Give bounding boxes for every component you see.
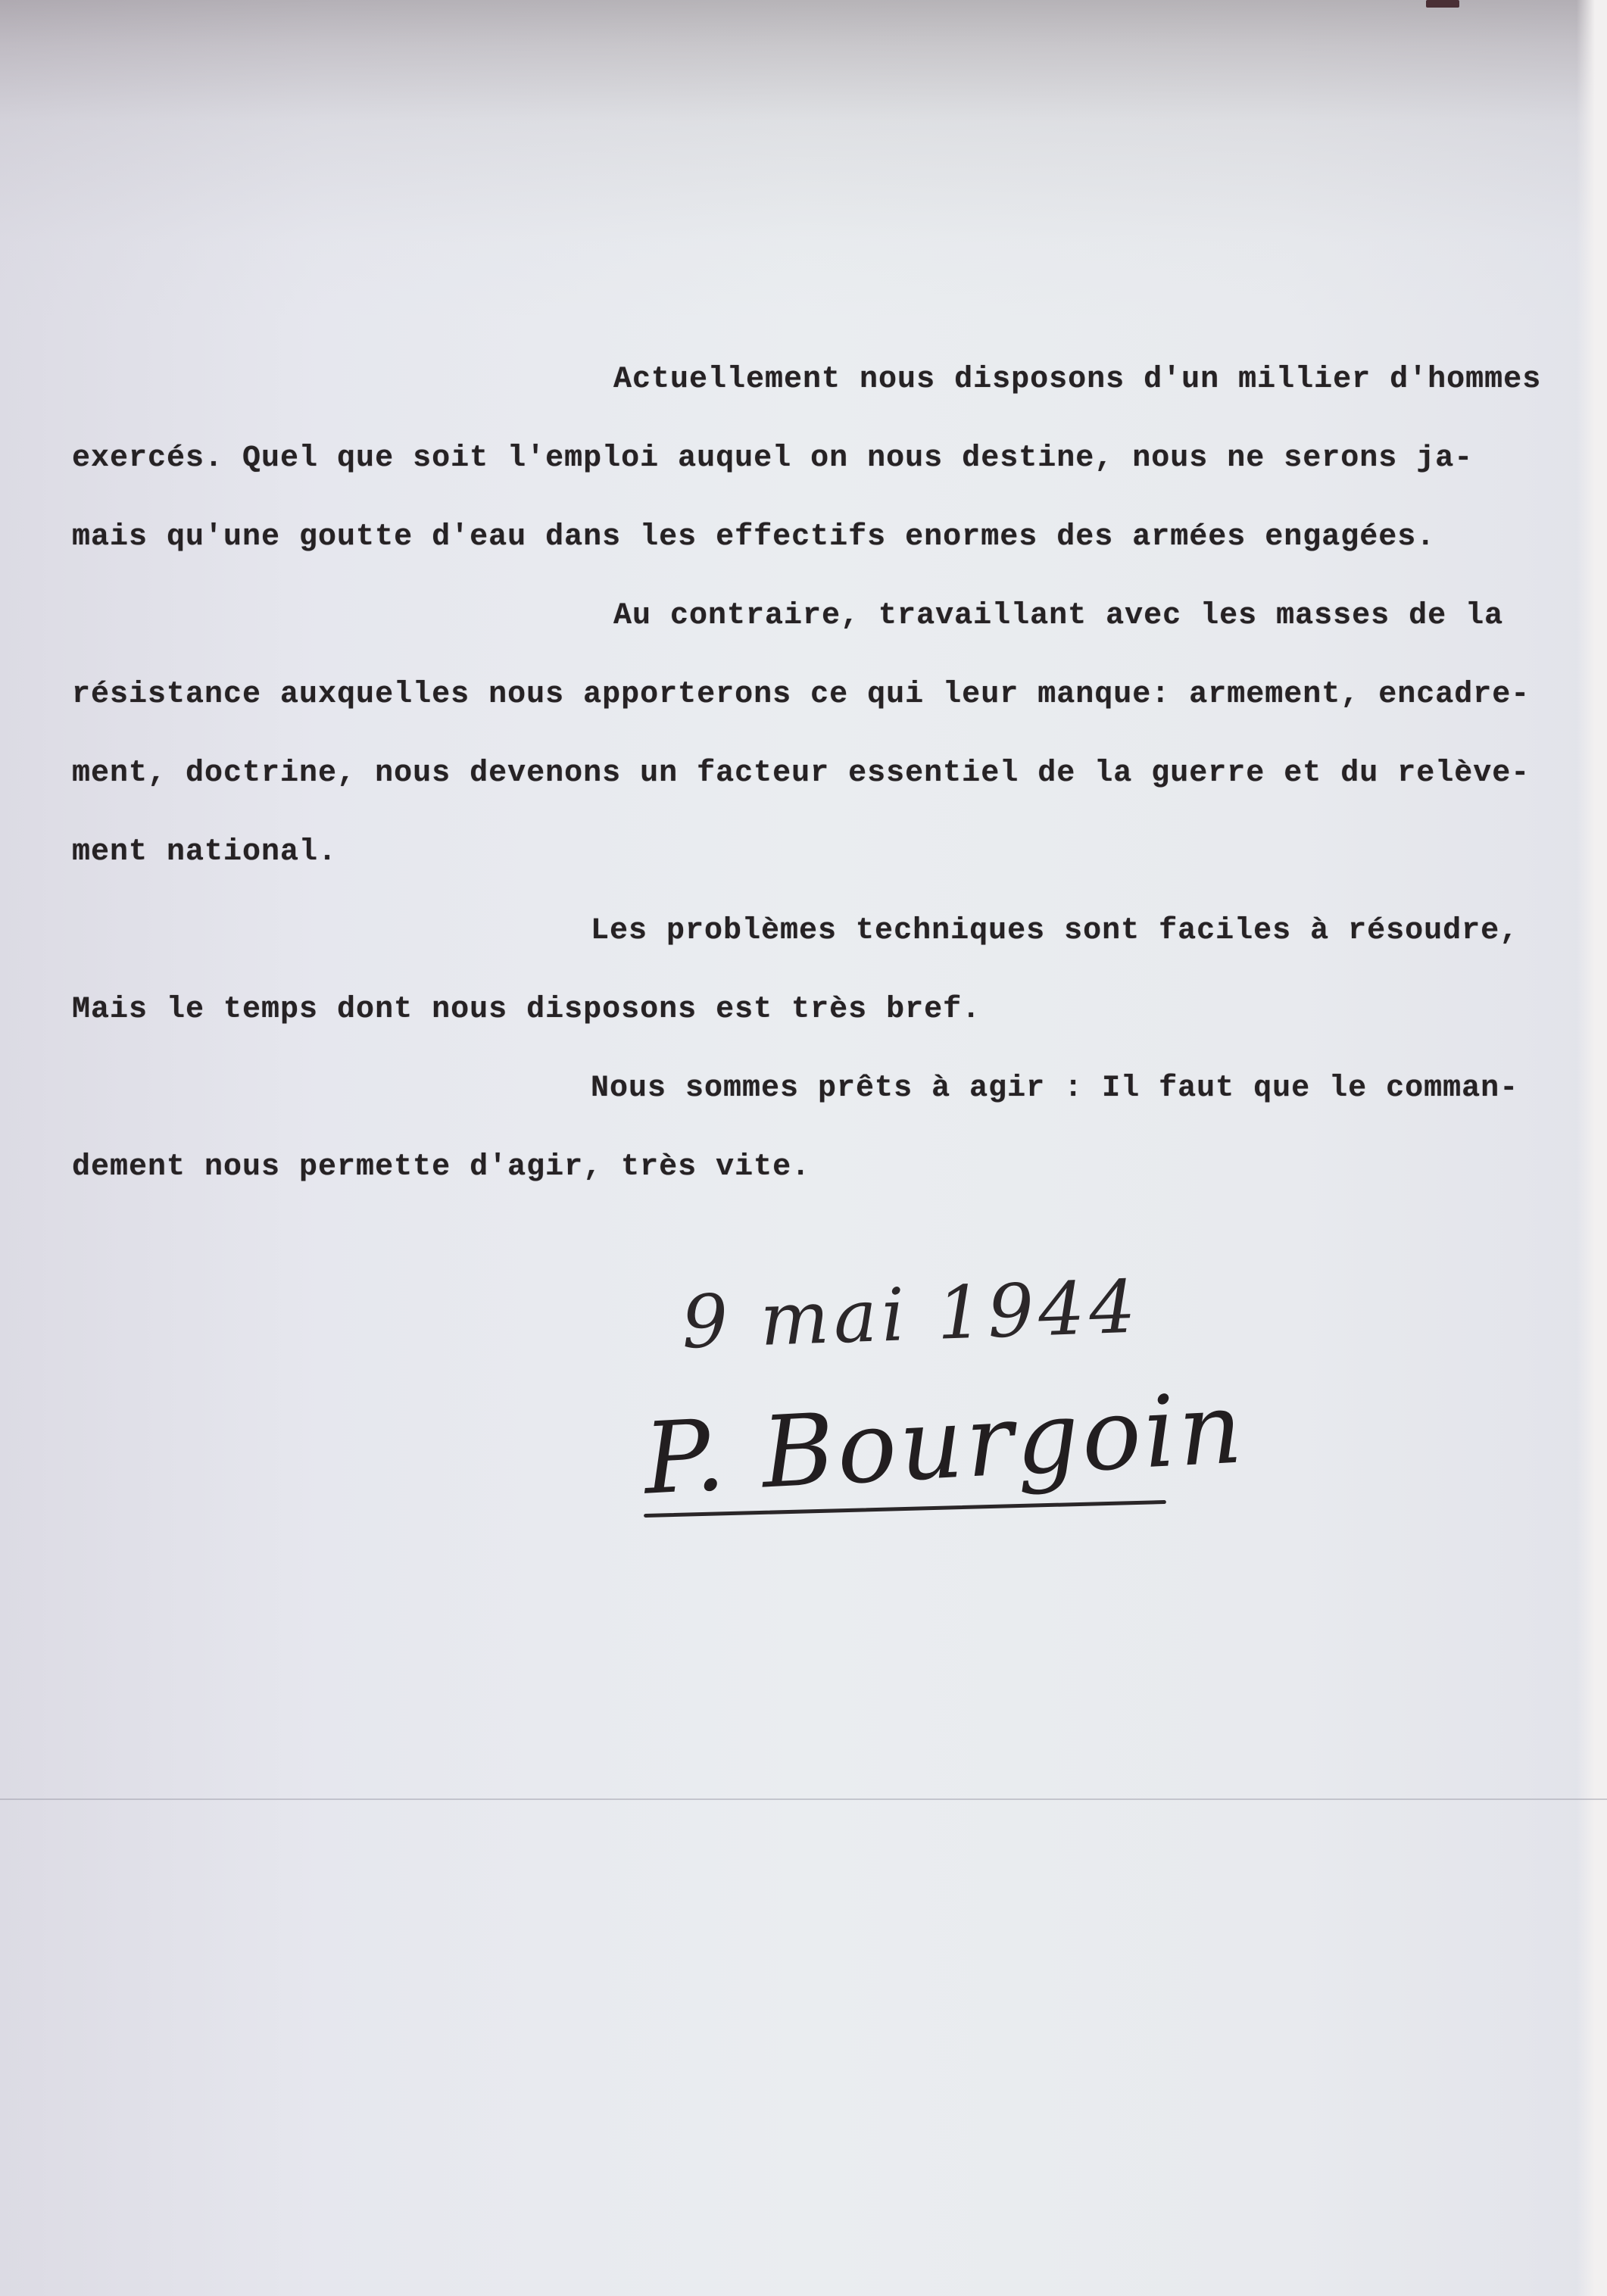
paragraph-1-line-3: mais qu'une goutte d'eau dans les effect…: [72, 498, 1587, 577]
signature: P. Bourgoin: [641, 1370, 1248, 1516]
paragraph-4-line-1: Nous sommes prêts à agir : Il faut que l…: [72, 1050, 1587, 1128]
paragraph-3-line-2: Mais le temps dont nous disposons est tr…: [72, 971, 1587, 1050]
page-number-mark: [1426, 0, 1459, 8]
paper-fold-line: [0, 1798, 1607, 1800]
paragraph-2-line-3: ment, doctrine, nous devenons un facteur…: [72, 735, 1587, 813]
paragraph-1-line-1: Actuellement nous disposons d'un millier…: [72, 341, 1587, 420]
paragraph-2-line-1: Au contraire, travaillant avec les masse…: [72, 577, 1587, 656]
paragraph-4-line-2: dement nous permette d'agir, très vite.: [72, 1128, 1587, 1207]
document-page: Actuellement nous disposons d'un millier…: [0, 0, 1607, 2296]
paragraph-2-line-4: ment national.: [72, 813, 1587, 892]
paragraph-2-line-2: résistance auxquelles nous apporterons c…: [72, 656, 1587, 735]
handwritten-date: 9 mai 1944: [680, 1264, 1141, 1365]
typewritten-body: Actuellement nous disposons d'un millier…: [72, 341, 1587, 1207]
paragraph-1-line-2: exercés. Quel que soit l'emploi auquel o…: [72, 420, 1587, 498]
paragraph-3-line-1: Les problèmes techniques sont faciles à …: [72, 892, 1587, 971]
